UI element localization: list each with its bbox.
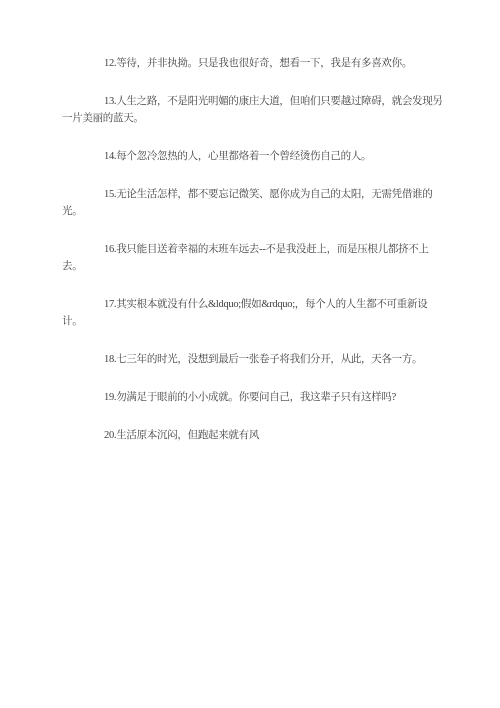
quote-paragraph: 14.每个忽冷忽热的人，心里都烙着一个曾经烫伤自己的人。	[62, 148, 444, 165]
document-page: 12.等待，并非执拗。只是我也很好奇，想看一下，我是有多喜欢你。 13.人生之路…	[0, 0, 500, 708]
quote-paragraph: 19.勿满足于眼前的小小成就。你要问自己，我这辈子只有这样吗?	[62, 389, 444, 406]
quote-paragraph: 16.我只能目送着幸福的末班车远去--不是我没赶上，而是压根儿都挤不上去。	[62, 241, 444, 275]
quote-paragraph: 18.七三年的时光，没想到最后一张卷子将我们分开，从此，天各一方。	[62, 351, 444, 368]
quote-paragraph: 15.无论生活怎样，都不要忘记微笑、愿你成为自己的太阳，无需凭借谁的光。	[62, 186, 444, 220]
quote-list: 12.等待，并非执拗。只是我也很好奇，想看一下，我是有多喜欢你。 13.人生之路…	[0, 0, 500, 465]
quote-paragraph: 17.其实根本就没有什么&ldquo;假如&rdquo;，每个人的人生都不可重新…	[62, 296, 444, 330]
quote-paragraph: 20.生活原本沉闷，但跑起来就有风	[62, 427, 444, 444]
quote-paragraph: 13.人生之路，不是阳光明媚的康庄大道，但咱们只要越过障碍，就会发现另一片美丽的…	[62, 93, 444, 127]
quote-paragraph: 12.等待，并非执拗。只是我也很好奇，想看一下，我是有多喜欢你。	[62, 55, 444, 72]
